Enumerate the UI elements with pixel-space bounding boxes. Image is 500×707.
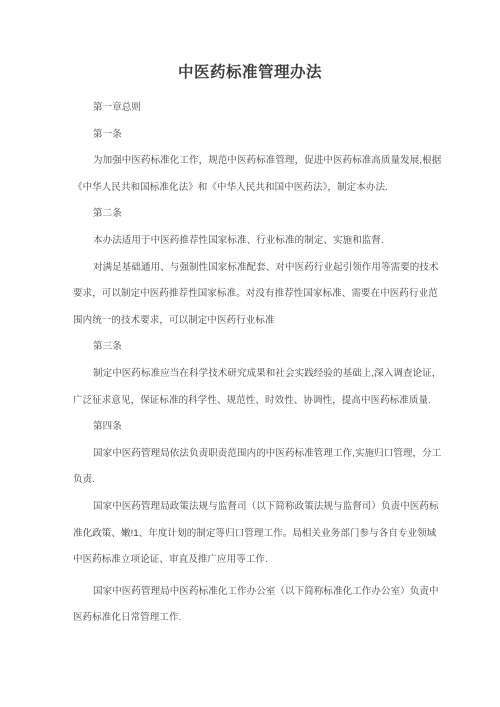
document-line: 要求，可以制定中医药推荐性国家标准。对没有推荐性国家标准、需要在中医药行业范 (73, 281, 438, 308)
document-page: 中医药标准管理办法 第一章总则 第一条 为加强中医药标准化工作，规范中医药标准管… (0, 0, 500, 707)
document-line: 制定中医药标准应当在科学技术研究成果和社会实践经验的基础上,深入调查论证， (73, 361, 438, 388)
document-line: 负责. (73, 467, 438, 494)
document-line: 国家中医药管理局政策法规与监督司（以下简称政策法规与监督司）负责中医药标 (73, 494, 438, 521)
document-line: 本办法适用于中医药推荐性国家标准、行业标准的制定、实施和监督. (73, 228, 438, 255)
document-line: 医药标准化日常管理工作. (73, 605, 438, 632)
article-heading: 第二条 (73, 201, 438, 228)
document-line: 围内统一的技术要求，可以制定中医药行业标准 (73, 308, 438, 335)
chapter-heading: 第一章总则 (73, 95, 438, 122)
document-line: 为加强中医药标准化工作，规范中医药标准管理，促进中医药标准高质量发展,根据 (73, 148, 438, 175)
article-heading: 第一条 (73, 122, 438, 149)
document-line: 对满足基础通用、与强制性国家标准配套、对中医药行业起引领作用等需要的技术 (73, 255, 438, 282)
document-line: 国家中医药管理局中医药标准化工作办公室（以下简称标准化工作办公室）负责中 (73, 579, 438, 606)
document-line: 国家中医药管理局依法负责职责范围内的中医药标准管理工作,实施归口管理，分工 (73, 441, 438, 468)
article-heading: 第四条 (73, 414, 438, 441)
article-heading: 第三条 (73, 334, 438, 361)
document-body: 第一章总则 第一条 为加强中医药标准化工作，规范中医药标准管理，促进中医药标准高… (0, 95, 500, 632)
document-line: 广泛征求意见，保证标准的科学性、规范性、时效性、协调性，提高中医药标准质量. (73, 388, 438, 415)
document-line: 准化政策、嫩!1、年度计划的制定等归口管理工作。局相关业务部门参与各自专业领域 (73, 521, 438, 548)
document-line: 中医药标准立项论证、审直及推广应用等工作. (73, 547, 438, 574)
document-line: 《中华人民共和国标准化法》和《中华人民共和国中医药法》，制定本办法. (73, 175, 438, 202)
document-title: 中医药标准管理办法 (0, 0, 500, 81)
